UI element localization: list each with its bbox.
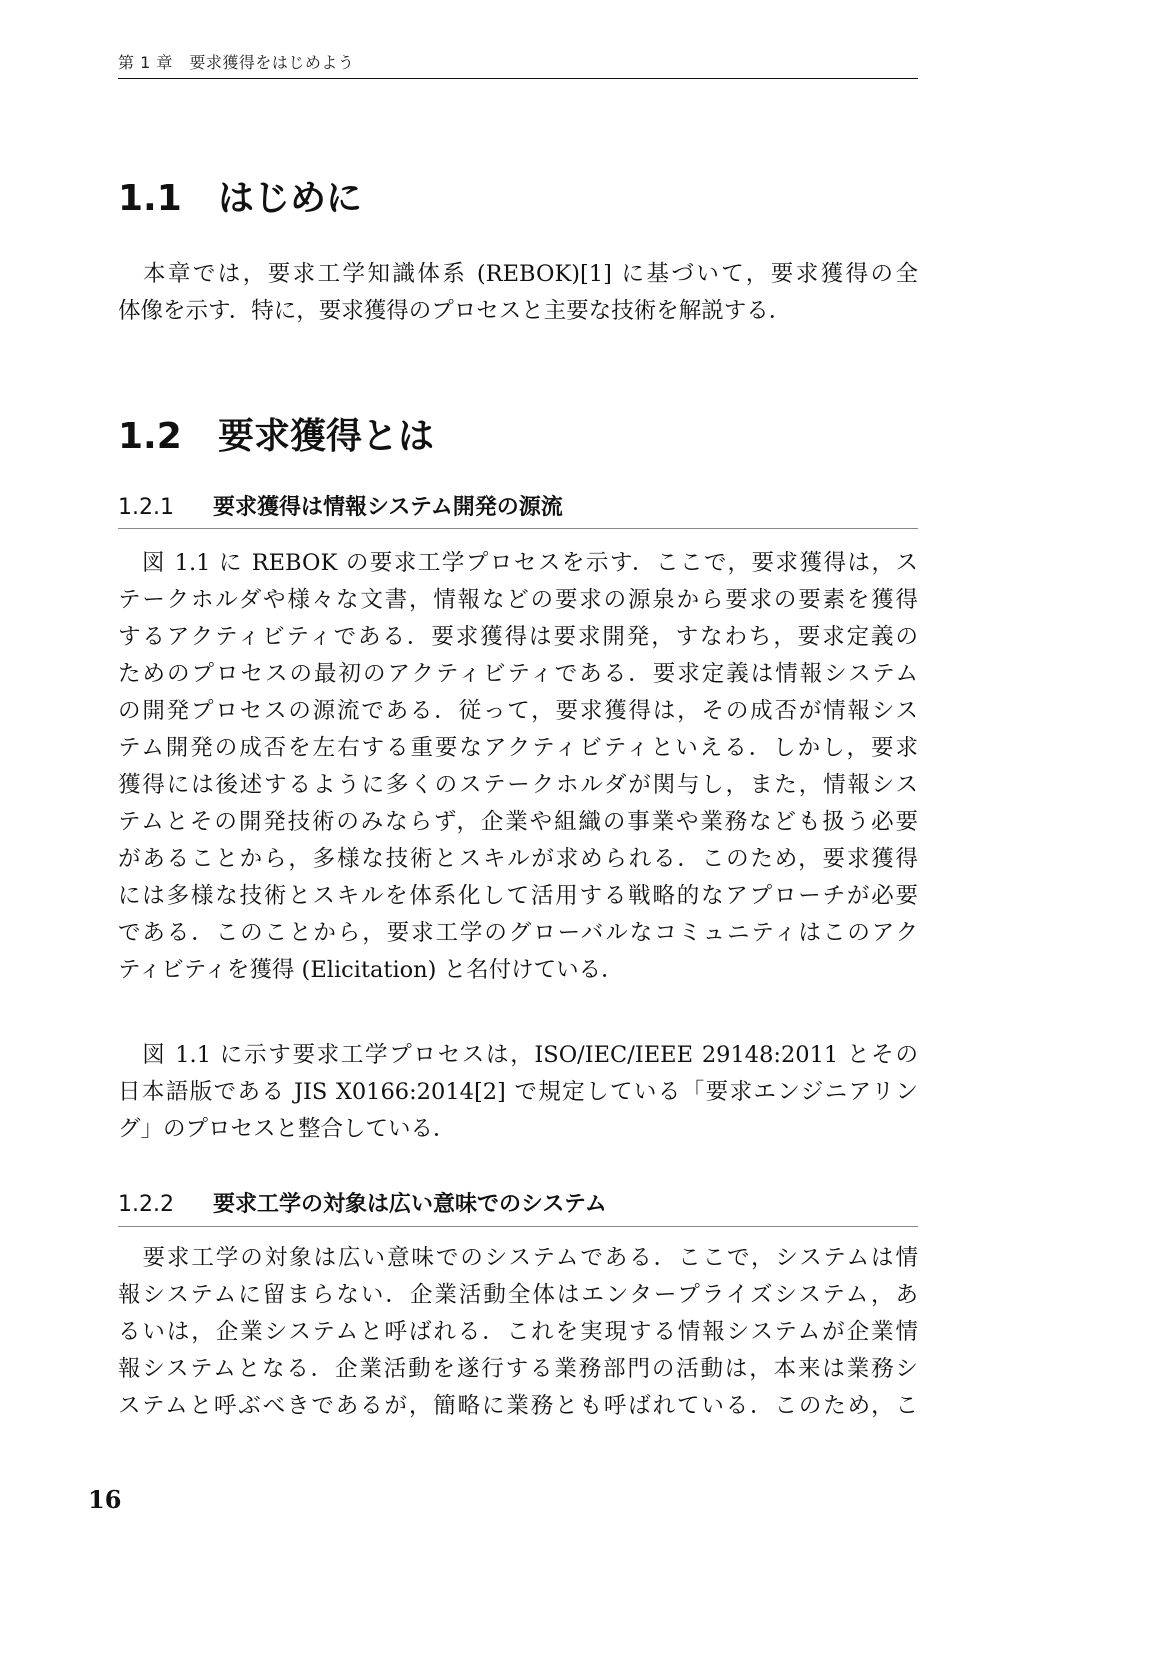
text-line: ティビティを獲得 (Elicitation) と名付けている． (118, 952, 918, 989)
text-line: 本章では，要求工学知識体系 (REBOK)[1] に基づいて，要求獲得の全 (118, 256, 918, 293)
section-title: 要求獲得とは (218, 416, 434, 457)
running-head-rule (118, 78, 918, 79)
text-line: 図 1.1 に REBOK の要求工学プロセスを示す．ここで，要求獲得は，ス (118, 545, 918, 582)
text-line: があることから，多様な技術とスキルが求められる．このため，要求獲得 (118, 841, 918, 878)
text-line: るいは，企業システムと呼ばれる．これを実現する情報システムが企業情 (118, 1314, 918, 1351)
text-line: グ」のプロセスと整合している． (118, 1111, 918, 1148)
section-heading-1-1: 1.1はじめに (118, 170, 362, 221)
text-line: 報システムに留まらない．企業活動全体はエンタープライズシステム，あ (118, 1277, 918, 1314)
text-line: ためのプロセスの最初のアクティビティである．要求定義は情報システム (118, 656, 918, 693)
subsection-heading-1-2-2: 1.2.2要求工学の対象は広い意味でのシステム (118, 1187, 918, 1218)
subsection-heading-1-2-1: 1.2.1要求獲得は情報システム開発の源流 (118, 490, 918, 521)
text-line: である．このことから，要求工学のグローバルなコミュニティはこのアク (118, 915, 918, 952)
paragraph-intro: 本章では，要求工学知識体系 (REBOK)[1] に基づいて，要求獲得の全 体像… (118, 256, 918, 330)
text-line: 要求工学の対象は広い意味でのシステムである．ここで，システムは情 (118, 1240, 918, 1277)
section-heading-1-2: 1.2要求獲得とは (118, 408, 434, 459)
text-line: 体像を示す．特に，要求獲得のプロセスと主要な技術を解説する． (118, 293, 918, 330)
section-title: はじめに (218, 178, 362, 219)
subsection-title: 要求工学の対象は広い意味でのシステム (213, 1192, 607, 1217)
text-line: テムとその開発技術のみならず，企業や組織の事業や業務なども扱う必要 (118, 804, 918, 841)
page-number: 16 (88, 1485, 121, 1514)
paragraph-1-2-2-a: 要求工学の対象は広い意味でのシステムである．ここで，システムは情 報システムに留… (118, 1240, 918, 1425)
text-line: テークホルダや様々な文書，情報などの要求の源泉から要求の要素を獲得 (118, 582, 918, 619)
subsection-rule (118, 1226, 918, 1227)
text-line: 日本語版である JIS X0166:2014[2] で規定している「要求エンジニ… (118, 1074, 918, 1111)
section-number: 1.1 (118, 178, 218, 219)
text-line: 獲得には後述するように多くのステークホルダが関与し，また，情報シス (118, 767, 918, 804)
running-head: 第 1 章 要求獲得をはじめよう (118, 50, 918, 73)
text-line: 報システムとなる．企業活動を遂行する業務部門の活動は，本来は業務シ (118, 1351, 918, 1388)
text-line: するアクティビティである．要求獲得は要求開発，すなわち，要求定義の (118, 619, 918, 656)
text-line: 図 1.1 に示す要求工学プロセスは，ISO/IEC/IEEE 29148:20… (118, 1037, 918, 1074)
paragraph-1-2-1-b: 図 1.1 に示す要求工学プロセスは，ISO/IEC/IEEE 29148:20… (118, 1037, 918, 1148)
subsection-rule (118, 528, 918, 529)
text-line: テム開発の成否を左右する重要なアクティビティといえる．しかし，要求 (118, 730, 918, 767)
text-line: の開発プロセスの源流である．従って，要求獲得は，その成否が情報シス (118, 693, 918, 730)
section-number: 1.2 (118, 416, 218, 457)
subsection-number: 1.2.1 (118, 495, 213, 520)
text-line: ステムと呼ぶべきであるが，簡略に業務とも呼ばれている．このため，こ (118, 1388, 918, 1425)
text-line: には多様な技術とスキルを体系化して活用する戦略的なアプローチが必要 (118, 878, 918, 915)
subsection-title: 要求獲得は情報システム開発の源流 (213, 495, 563, 520)
paragraph-1-2-1-a: 図 1.1 に REBOK の要求工学プロセスを示す．ここで，要求獲得は，ス テ… (118, 545, 918, 989)
subsection-number: 1.2.2 (118, 1192, 213, 1217)
